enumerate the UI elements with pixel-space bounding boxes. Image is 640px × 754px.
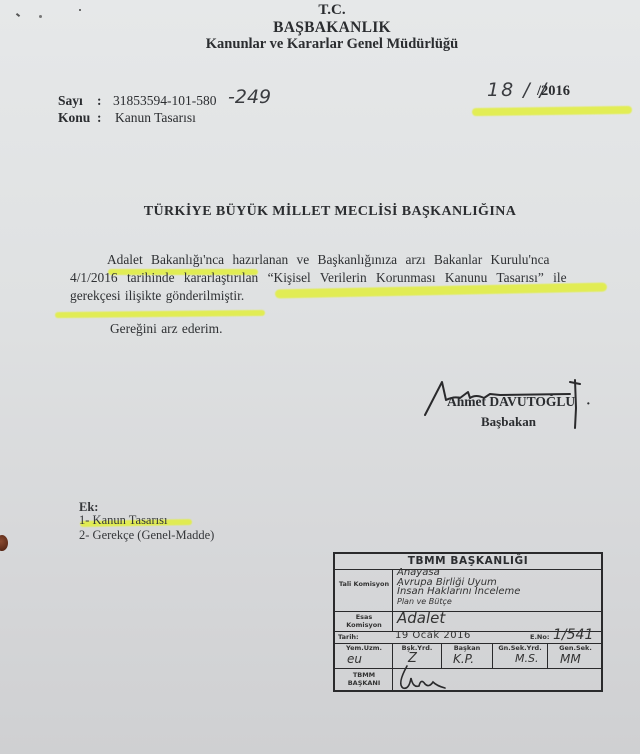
header-department: Kanunlar ve Kararlar Genel Müdürlüğü xyxy=(12,36,640,53)
closing-phrase: Gereğini arz ederim. xyxy=(110,320,222,338)
sign-initial: M.S. xyxy=(515,652,538,665)
body-line-1: Adalet Bakanlığı'nca hazırlanan ve Başka… xyxy=(107,251,607,269)
tali-komisyon-values: Anayasa Avrupa Birliği Uyum İnsan Haklar… xyxy=(397,568,520,606)
tali-value: İnsan Haklarını İnceleme xyxy=(397,587,520,597)
sayi-label: Sayı xyxy=(58,93,83,109)
sayi-separator: : xyxy=(97,93,102,109)
body-line-3: gerekçesi ilişikte gönderilmiştir. xyxy=(70,287,370,305)
header-tc: T.C. xyxy=(12,2,640,19)
tali-value: Plan ve Bütçe xyxy=(397,597,520,607)
sign-col-label: Bşk.Yrd. xyxy=(393,644,441,652)
signatory-title: Başbakan xyxy=(481,414,536,430)
eno-label: E.No: xyxy=(530,633,549,641)
sign-col-label: Gen.Sek. xyxy=(548,644,603,652)
konu-label: Konu xyxy=(58,110,90,126)
attachment-item-1: 1- Kanun Tasarısı xyxy=(79,513,167,528)
speaker-signature-icon xyxy=(395,664,465,692)
attachment-item-2: 2- Gerekçe (Genel-Madde) xyxy=(79,528,214,543)
stamp-title: TBMM BAŞKANLIĞI xyxy=(335,555,601,567)
sign-initial: eu xyxy=(347,652,362,666)
highlight-date xyxy=(472,106,632,116)
date-year: /2016 xyxy=(537,83,570,100)
esas-komisyon-value: Adalet xyxy=(397,609,445,627)
tarih-value: 19 Ocak 2016 xyxy=(395,630,471,641)
konu-separator: : xyxy=(97,110,102,126)
body-line-2: 4/1/2016 tarihinde kararlaştırılan “Kişi… xyxy=(70,269,610,287)
sign-col-label: Gn.Sek.Yrd. xyxy=(493,644,547,652)
punch-hole xyxy=(0,535,8,551)
addressee-heading: TÜRKİYE BÜYÜK MİLLET MECLİSİ BAŞKANLIĞIN… xyxy=(0,204,640,220)
konu-value: Kanun Tasarısı xyxy=(115,110,196,126)
sayi-handwritten-number: -249 xyxy=(228,86,271,108)
tali-komisyon-label: Tali Komisyon xyxy=(337,580,391,588)
sign-col-label: Yem.Uzm. xyxy=(336,644,392,652)
esas-komisyon-label: Esas Komisyon xyxy=(337,613,391,629)
highlight-attached xyxy=(55,310,265,318)
signatory-name: Ahmet DAVUTOĞLU xyxy=(447,394,575,410)
sign-col-label: Başkan xyxy=(442,644,492,652)
signature-dot: · xyxy=(586,397,591,413)
tbmm-stamp: TBMM BAŞKANLIĞI Tali Komisyon Anayasa Av… xyxy=(333,552,603,692)
sign-initial: MM xyxy=(560,652,581,666)
header-ministry: BAŞBAKANLIK xyxy=(12,19,640,37)
tarih-label: Tarih: xyxy=(338,633,359,641)
eno-value: 1/541 xyxy=(553,627,593,643)
sayi-value: 31853594-101-580 xyxy=(113,93,217,109)
tbmm-baskani-label: TBMM BAŞKANI xyxy=(337,671,391,687)
